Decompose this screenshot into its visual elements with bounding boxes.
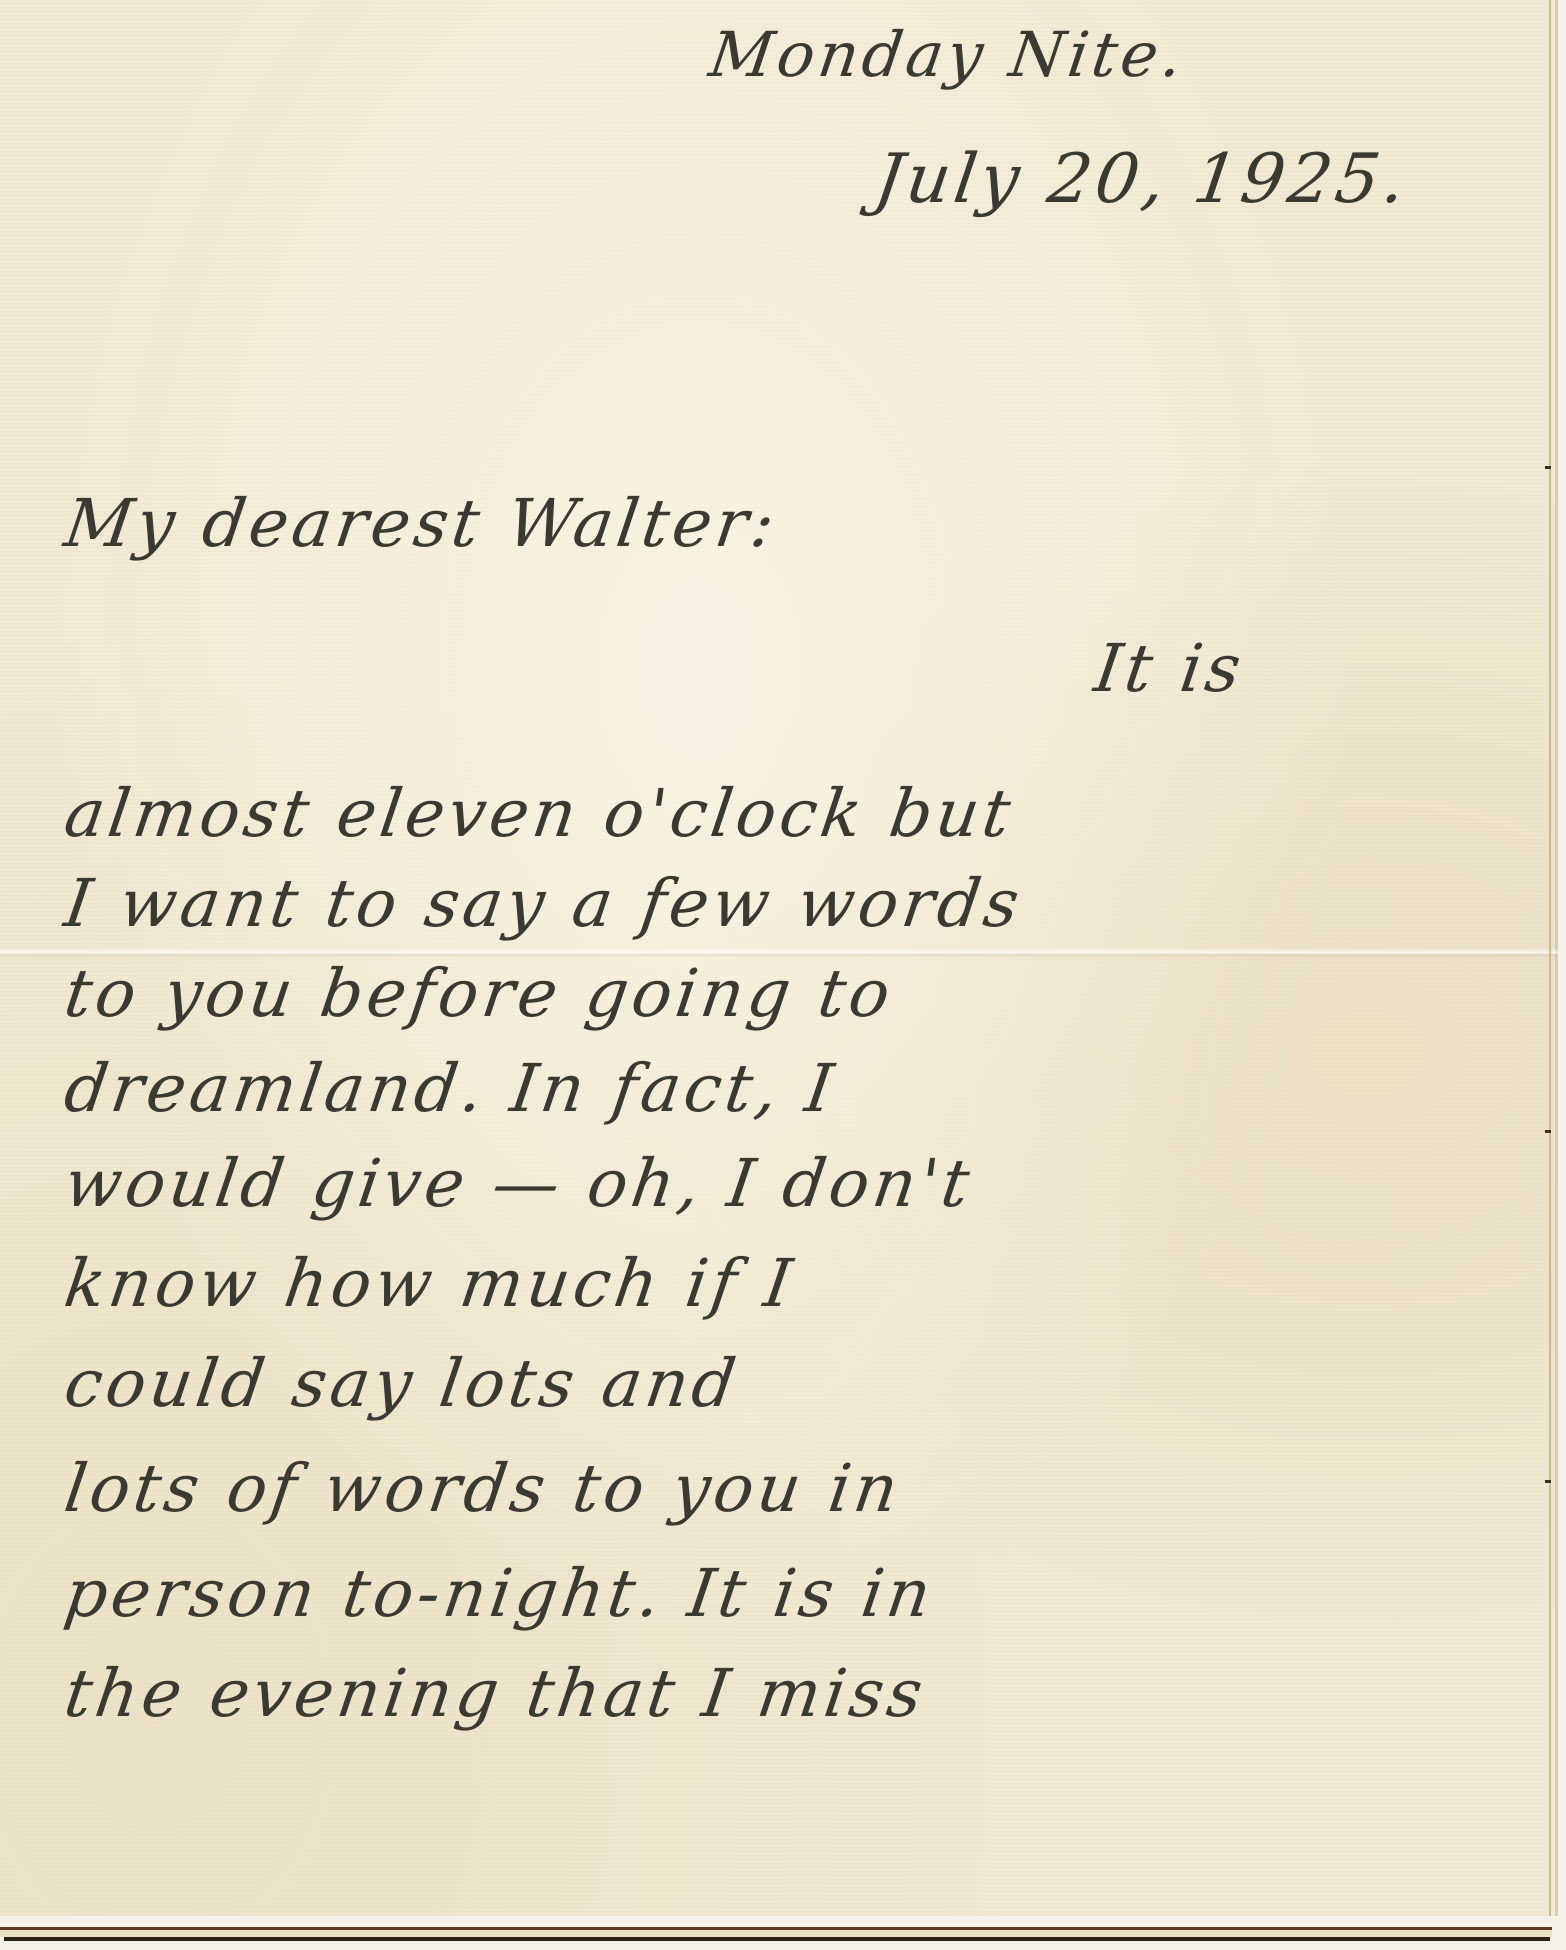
page-shadow xyxy=(4,1937,1550,1941)
underlying-page-strip xyxy=(0,1930,1552,1937)
letter-line: could say lots and xyxy=(60,1345,744,1422)
right-page-edge xyxy=(1549,0,1551,1916)
letter-line: would give — oh, I don't xyxy=(60,1145,978,1222)
edge-mark xyxy=(1545,1480,1551,1483)
letter-day-heading: Monday Nite. xyxy=(705,18,1191,91)
letter-line: to you before going to xyxy=(60,955,899,1032)
letter-salutation: My dearest Walter: xyxy=(60,485,783,562)
letter-line: the evening that I miss xyxy=(60,1655,931,1732)
letter-line: I want to say a few words xyxy=(60,865,1028,942)
edge-mark xyxy=(1545,466,1551,469)
edge-mark xyxy=(1545,1130,1551,1133)
letter-line: dreamland. In fact, I xyxy=(60,1050,842,1127)
letter-line: person to-night. It is in xyxy=(60,1555,939,1632)
letter-line: almost eleven o'clock but xyxy=(60,775,1019,852)
letter-page: Monday Nite. July 20, 1925. My dearest W… xyxy=(0,0,1558,1916)
letter-line: know how much if I xyxy=(60,1245,800,1322)
letter-line: lots of words to you in xyxy=(60,1450,906,1527)
letter-line: It is xyxy=(1090,630,1249,707)
letter-date: July 20, 1925. xyxy=(870,140,1414,219)
